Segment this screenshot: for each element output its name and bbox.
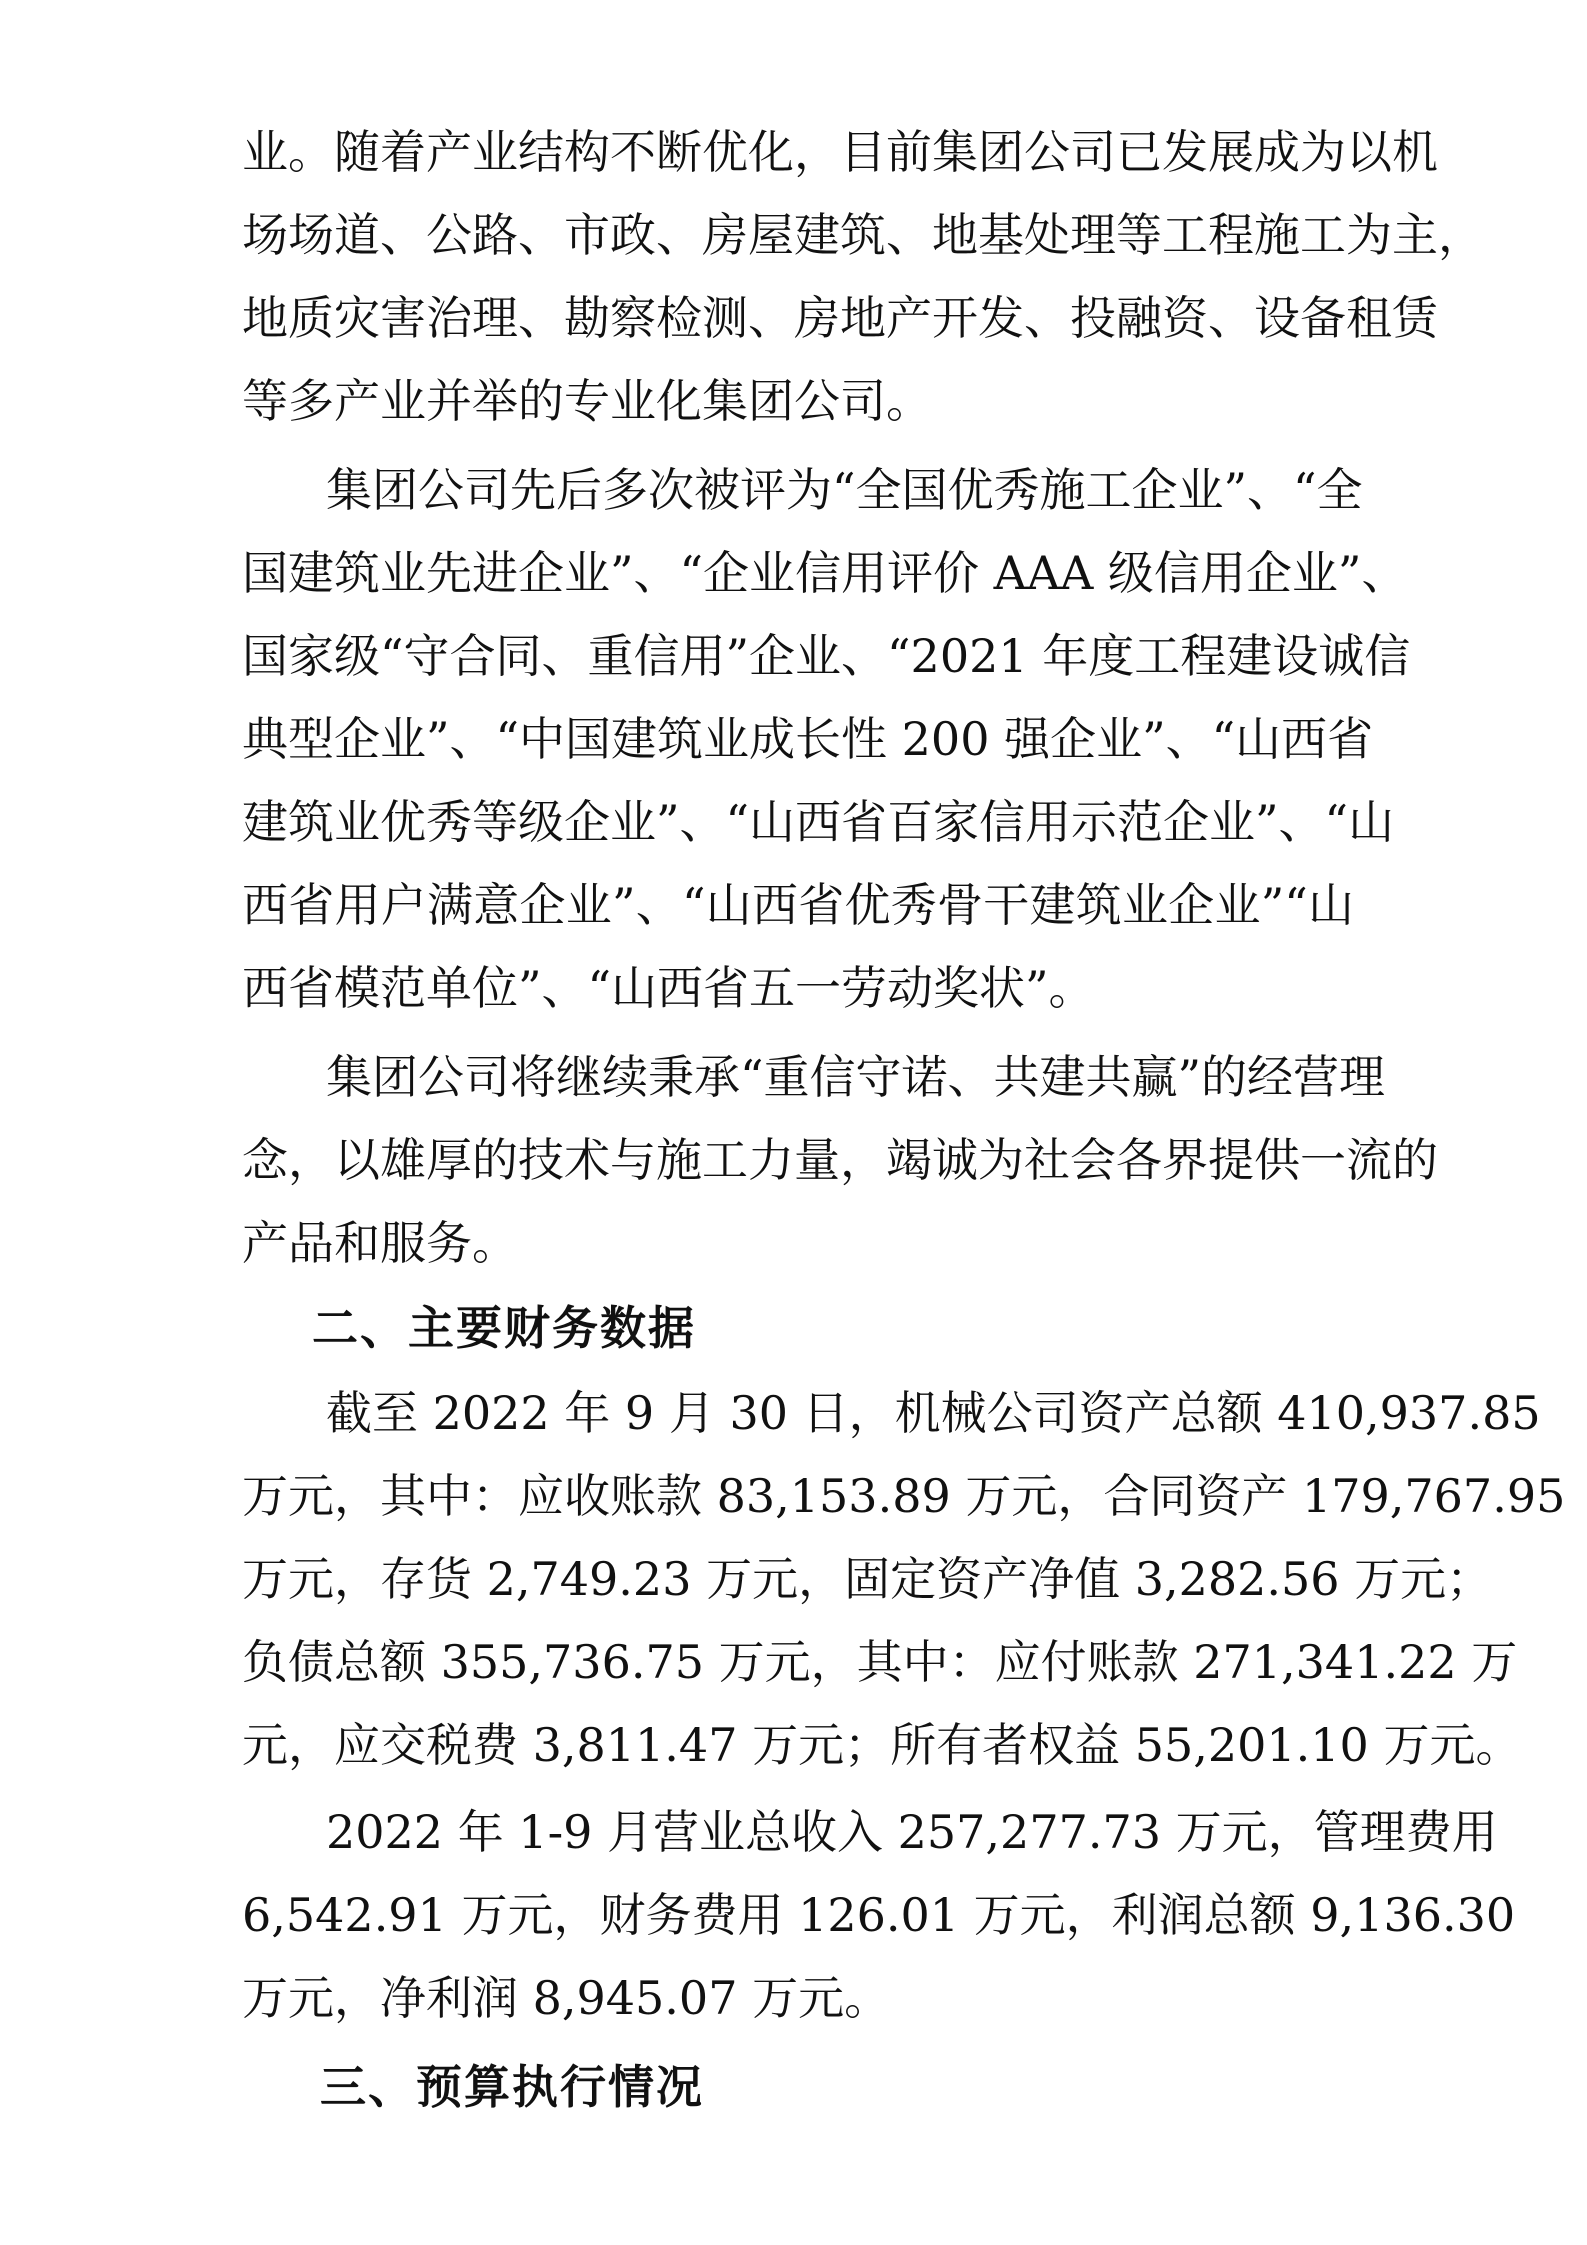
text-line: 负债总额 355,736.75 万元，其中：应付账款 271,341.22 万	[242, 1627, 1354, 1697]
text-line: 国家级“守合同、重信用”企业、“2021 年度工程建设诚信	[242, 621, 1354, 691]
section-heading-budget-execution: 三、预算执行情况	[320, 2052, 704, 2122]
text-line: 典型企业”、“中国建筑业成长性 200 强企业”、“山西省	[242, 704, 1354, 774]
section-heading-financial-data: 二、主要财务数据	[312, 1293, 696, 1363]
text-line: 地质灾害治理、勘察检测、房地产开发、投融资、设备租赁	[242, 283, 1354, 353]
text-line: 集团公司将继续秉承“重信守诺、共建共赢”的经营理	[326, 1042, 1354, 1112]
text-line: 万元，其中：应收账款 83,153.89 万元，合同资产 179,767.95	[242, 1461, 1354, 1531]
text-line: 2022 年 1-9 月营业总收入 257,277.73 万元，管理费用	[326, 1797, 1354, 1867]
text-line: 万元，净利润 8,945.07 万元。	[242, 1963, 1354, 2033]
text-line: 6,542.91 万元，财务费用 126.01 万元，利润总额 9,136.30	[242, 1880, 1354, 1950]
text-line: 截至 2022 年 9 月 30 日，机械公司资产总额 410,937.85	[326, 1378, 1354, 1448]
text-line: 业。随着产业结构不断优化，目前集团公司已发展成为以机	[242, 117, 1354, 187]
text-line: 产品和服务。	[242, 1208, 1354, 1278]
text-line: 西省模范单位”、“山西省五一劳动奖状”。	[242, 953, 1354, 1023]
text-line: 国建筑业先进企业”、“企业信用评价 AAA 级信用企业”、	[242, 538, 1354, 608]
document-page: 业。随着产业结构不断优化，目前集团公司已发展成为以机 场场道、公路、市政、房屋建…	[0, 0, 1587, 2245]
text-line: 念，以雄厚的技术与施工力量，竭诚为社会各界提供一流的	[242, 1125, 1354, 1195]
text-line: 等多产业并举的专业化集团公司。	[242, 366, 1354, 436]
text-line: 元，应交税费 3,811.47 万元；所有者权益 55,201.10 万元。	[242, 1710, 1354, 1780]
text-line: 西省用户满意企业”、“山西省优秀骨干建筑业企业”“山	[242, 870, 1354, 940]
text-line: 集团公司先后多次被评为“全国优秀施工企业”、“全	[326, 455, 1354, 525]
text-line: 场场道、公路、市政、房屋建筑、地基处理等工程施工为主，	[242, 200, 1354, 270]
text-line: 建筑业优秀等级企业”、“山西省百家信用示范企业”、“山	[242, 787, 1354, 857]
text-line: 万元，存货 2,749.23 万元，固定资产净值 3,282.56 万元；	[242, 1544, 1354, 1614]
